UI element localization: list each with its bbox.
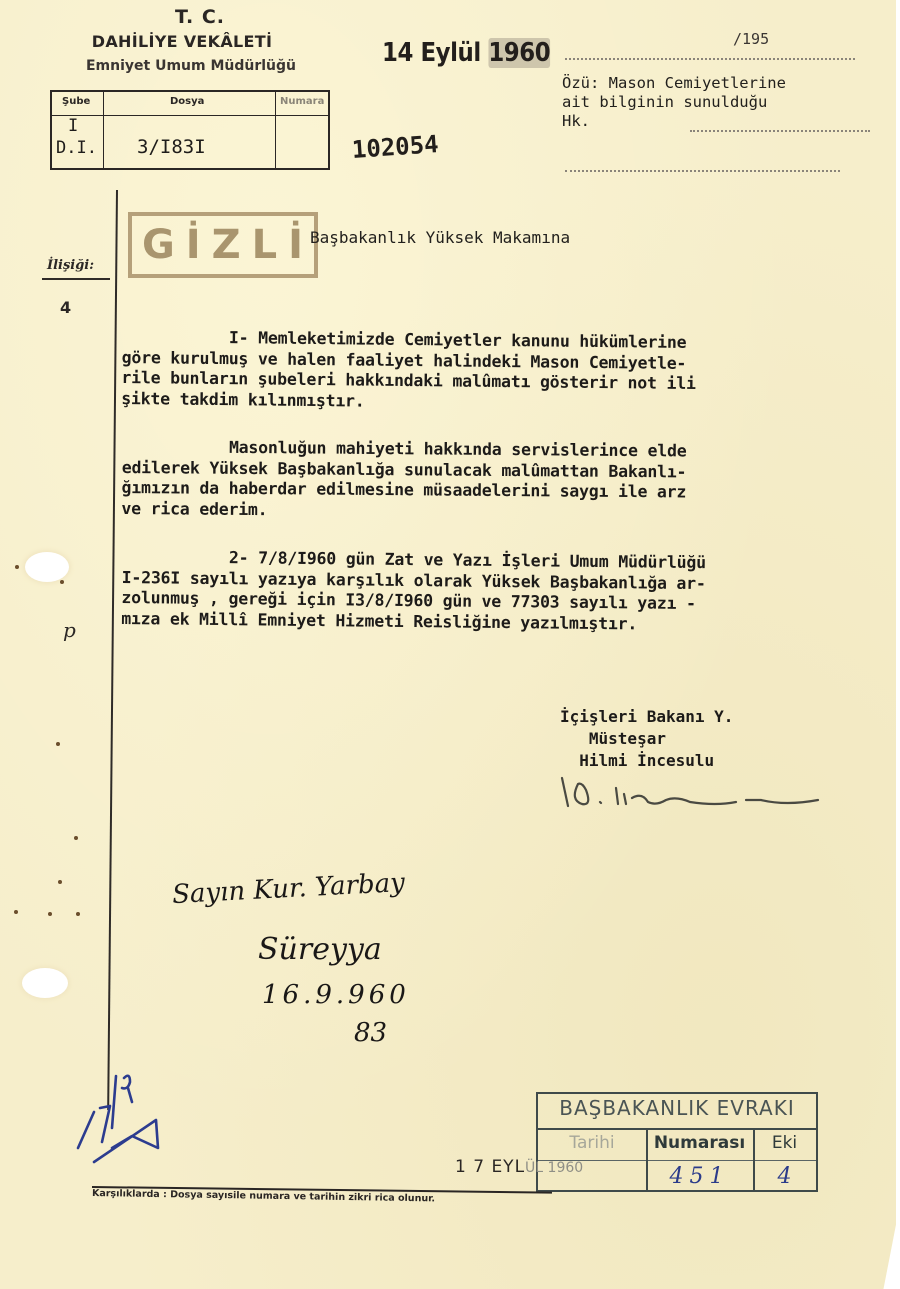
header-numara: Numara	[280, 96, 324, 107]
date-stamp-year: 1960	[488, 38, 550, 68]
date-stamp-day-month: 14 Eylül	[382, 38, 488, 68]
dosya-value: 3/I83I	[137, 136, 206, 158]
paper-speck	[60, 580, 64, 584]
receipt-attachment-value: 4	[753, 1164, 816, 1189]
sube-value-1: I	[68, 116, 78, 136]
margin-rule	[107, 190, 118, 1110]
blue-ink-initial	[72, 1068, 172, 1168]
paper-speck	[58, 880, 62, 884]
document-number: 102054	[351, 130, 439, 164]
receipt-stamp-rule	[538, 1128, 816, 1130]
handwritten-name: Süreyya	[258, 932, 382, 967]
receipt-number-value: 451	[646, 1164, 753, 1189]
dotted-line	[565, 58, 855, 60]
subject-line-3: Hk.	[562, 112, 882, 131]
header-sube: Şube	[62, 96, 90, 107]
receipt-col-attachment-label: Eki	[753, 1133, 816, 1153]
subject: Özü: Mason Cemiyetlerine ait bilginin su…	[562, 74, 882, 131]
punch-hole	[25, 552, 69, 582]
classification-stamp: GİZLİ	[128, 212, 318, 278]
paper-speck	[48, 912, 52, 916]
receipt-date-faint: ÜL 1960	[525, 1160, 583, 1176]
punch-hole	[22, 968, 68, 998]
ilisigi-value: 4	[60, 298, 71, 317]
sube-value-2: D.I.	[56, 138, 97, 158]
paper-speck	[15, 565, 19, 569]
ilisigi-rule	[42, 278, 110, 280]
body-paragraph-2: Masonluğun mahiyeti hakkında servislerin…	[121, 437, 900, 525]
receipt-date-main: 1 7 EYL	[455, 1157, 525, 1177]
paper-speck	[56, 742, 60, 746]
signature-block: İçişleri Bakanı Y. Müsteşar Hilmi İncesu…	[560, 706, 733, 772]
header-dosya: Dosya	[170, 96, 204, 107]
handwritten-addressee: Sayın Kur. Yarbay	[171, 868, 405, 910]
year-template: /195	[733, 30, 769, 48]
receipt-col-number-label: Numarası	[646, 1133, 753, 1153]
reference-table: Şube Dosya Numara I D.I. 3/I83I	[50, 90, 330, 170]
signature-scrawl	[556, 770, 826, 820]
paper-speck	[14, 910, 18, 914]
paper-speck	[76, 912, 80, 916]
dotted-line	[565, 170, 840, 172]
letterhead-ministry: DAHİLİYE VEKÂLETİ	[82, 32, 282, 51]
letterhead-country: T. C.	[150, 6, 250, 28]
subject-line-2: ait bilginin sunulduğu	[562, 93, 882, 112]
receipt-date: 1 7 EYLÜL 1960	[455, 1157, 583, 1177]
receipt-col-date-label: Tarihi	[538, 1133, 646, 1153]
classification-stamp-text: GİZLİ	[142, 222, 314, 268]
date-stamp: 14 Eylül 1960	[382, 38, 550, 68]
paper-speck	[74, 836, 78, 840]
dotted-line	[690, 130, 870, 132]
recipient: Başbakanlık Yüksek Makamına	[310, 228, 570, 247]
handwritten-number: 83	[354, 1018, 387, 1048]
body-paragraph-3: 2- 7/8/I960 gün Zat ve Yazı İşleri Umum …	[121, 547, 900, 637]
receipt-stamp: BAŞBAKANLIK EVRAKI Tarihi Numarası Eki 4…	[536, 1092, 818, 1192]
letterhead-department: Emniyet Umum Müdürlüğü	[66, 58, 316, 74]
body-paragraph-1: I- Memleketimizde Cemiyetler kanunu hükü…	[121, 327, 900, 417]
margin-mark: p	[63, 618, 76, 642]
subject-line-1: Özü: Mason Cemiyetlerine	[562, 74, 882, 93]
document-page: T. C. DAHİLİYE VEKÂLETİ Emniyet Umum Müd…	[0, 0, 896, 1289]
receipt-stamp-title: BAŞBAKANLIK EVRAKI	[538, 1096, 816, 1120]
ilisigi-label: İlişiği:	[47, 258, 94, 273]
handwritten-date: 16.9.960	[262, 980, 410, 1010]
